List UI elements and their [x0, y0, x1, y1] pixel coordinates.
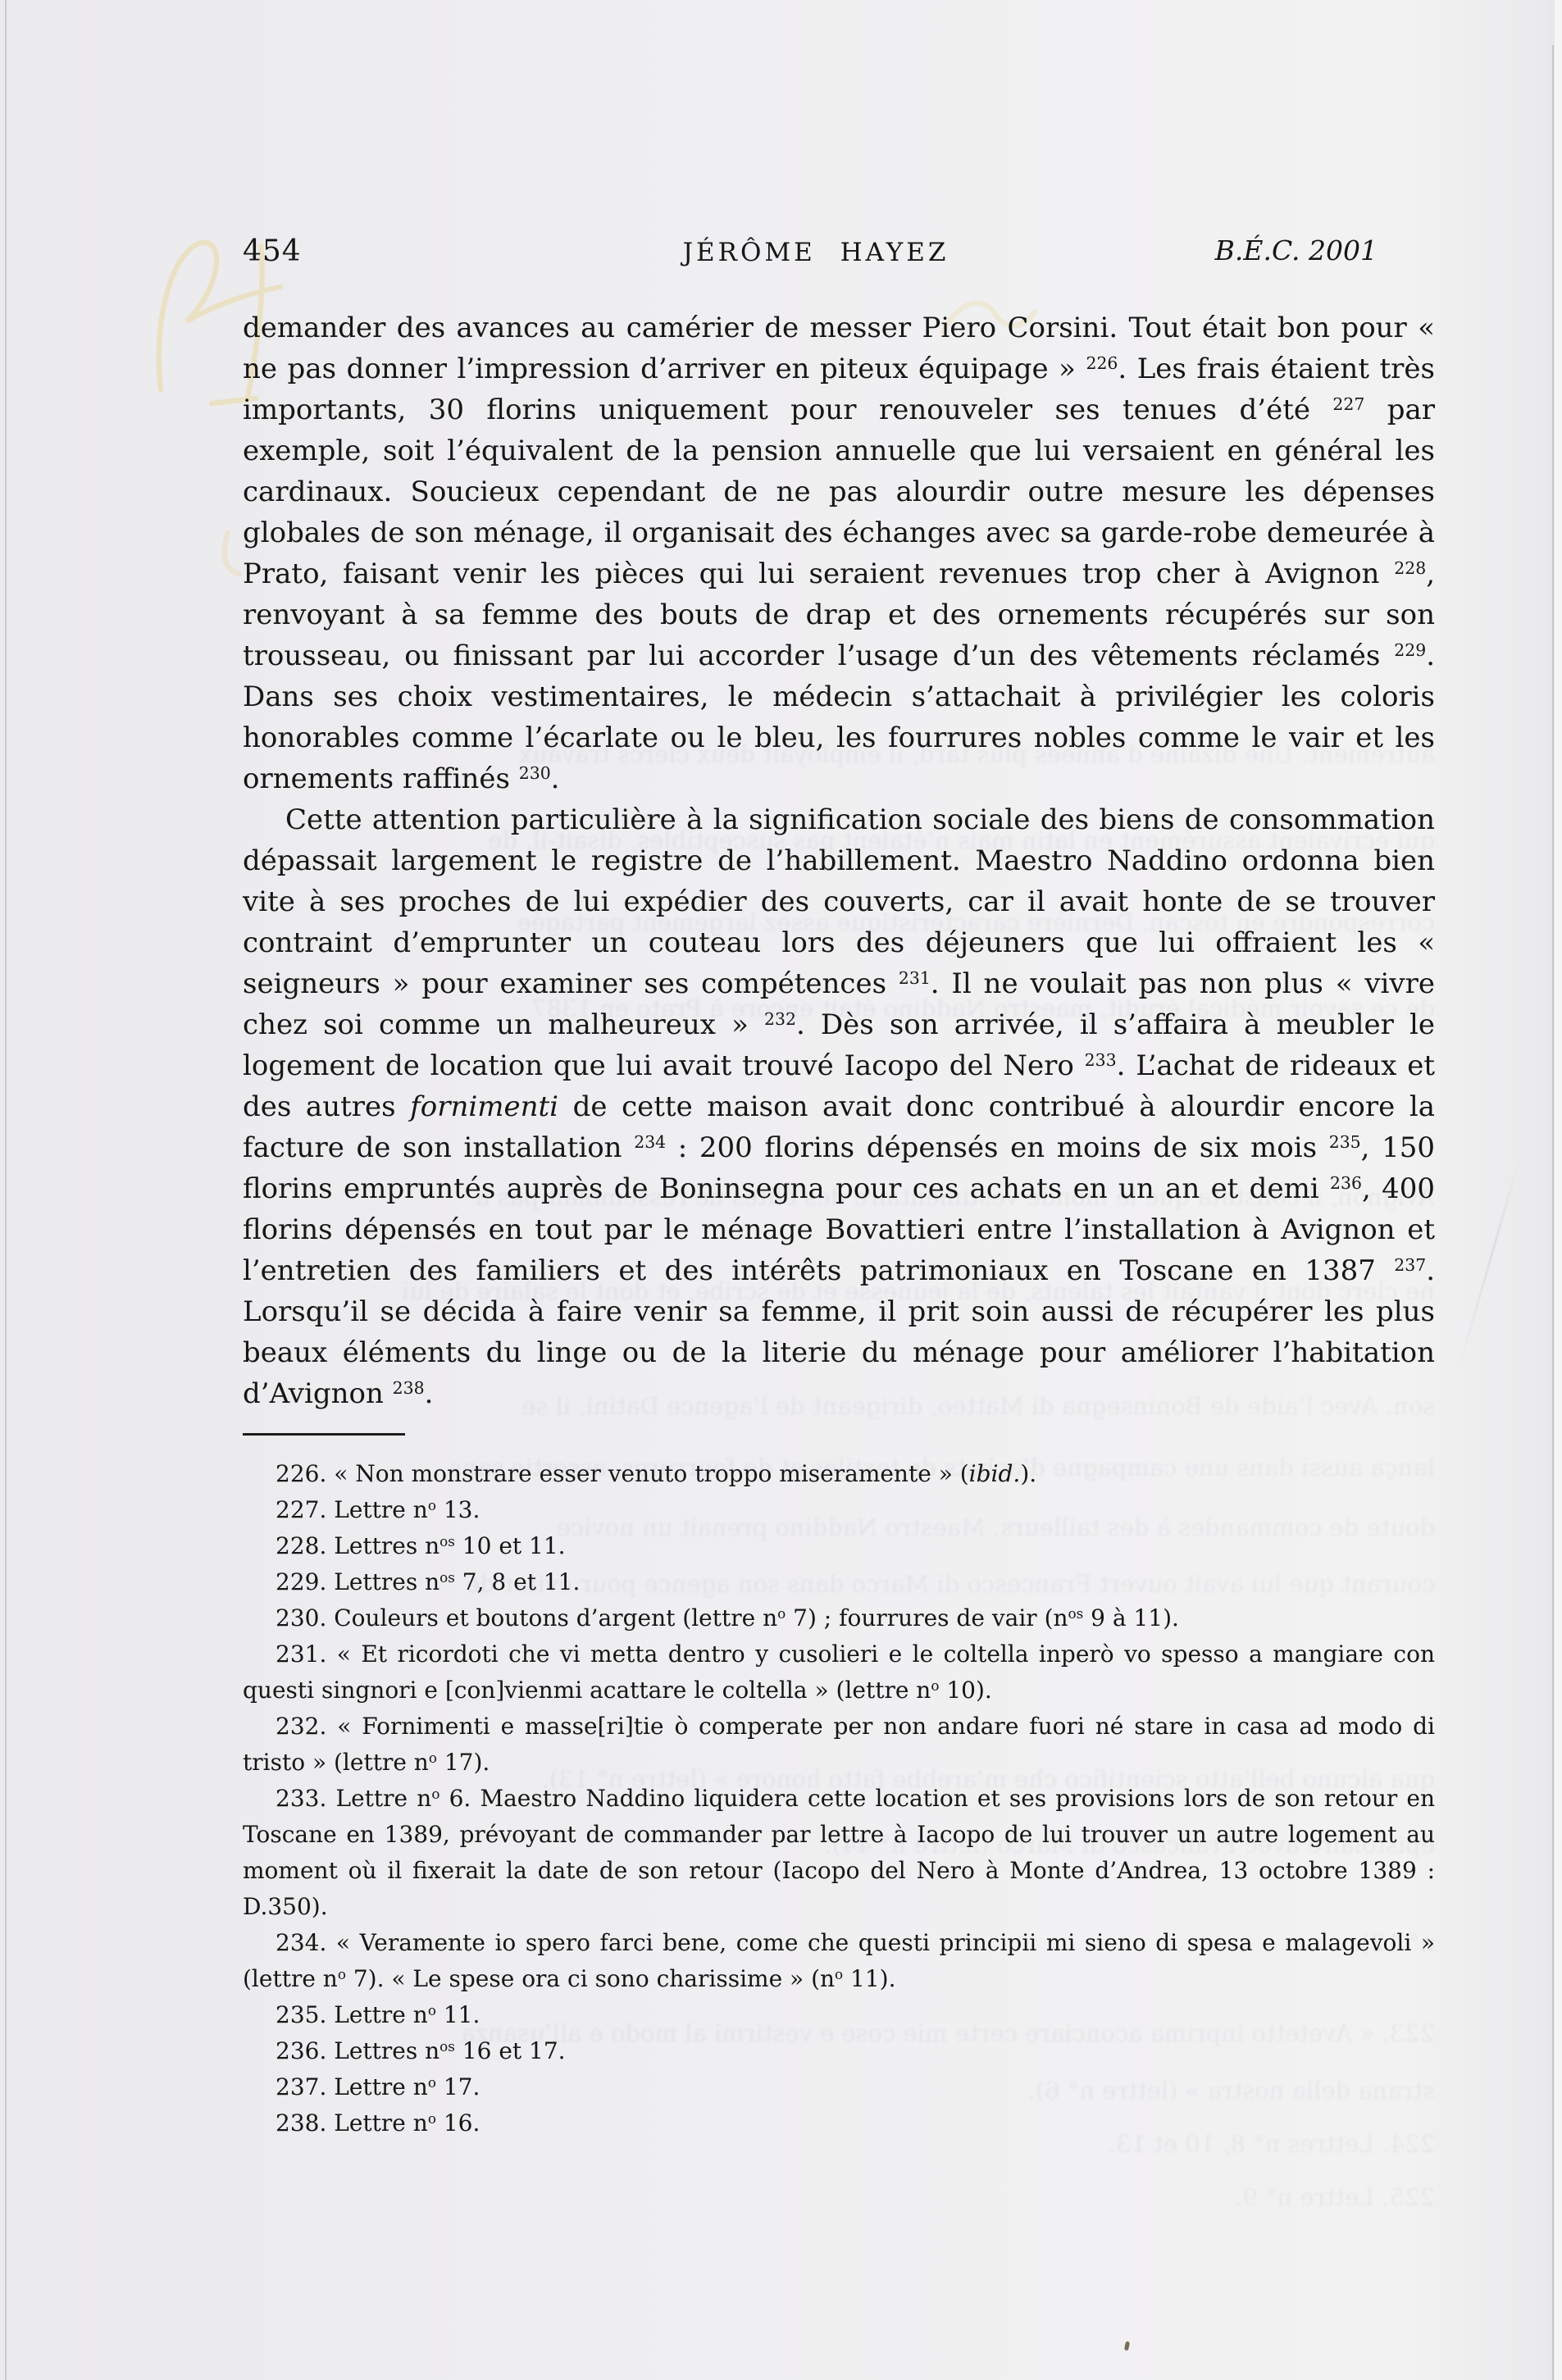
footnote-238: 238. Lettre no 16.	[243, 2105, 1435, 2141]
text-segment: 228. Lettres n	[276, 1532, 439, 1559]
footnote-ref: 238	[393, 1378, 425, 1398]
text-segment: 10 et 11.	[455, 1532, 566, 1559]
text-segment: 230. Couleurs et boutons d’argent (lettr…	[276, 1604, 777, 1631]
footnote-ref: 228	[1394, 558, 1426, 578]
footnote-ref: o	[428, 2074, 436, 2091]
footnote-ref: 237	[1394, 1255, 1426, 1275]
footnote-ref: o	[338, 1966, 346, 1982]
scan-edge-left	[5, 0, 7, 2380]
text-segment: 226. « Non monstrare esser venuto troppo…	[276, 1460, 969, 1487]
text-segment: 17).	[437, 1749, 490, 1776]
text-segment: 7, 8 et 11.	[455, 1568, 580, 1595]
running-title: JÉRÔME HAYEZ	[683, 238, 949, 267]
footnote-230: 230. Couleurs et boutons d’argent (lettr…	[243, 1600, 1435, 1636]
footnote-229: 229. Lettres nos 7, 8 et 11.	[243, 1564, 1435, 1600]
footnote-237: 237. Lettre no 17.	[243, 2069, 1435, 2105]
text-segment: .	[551, 762, 560, 795]
pencil-stroke	[225, 533, 239, 574]
text-segment: 16 et 17.	[455, 2037, 566, 2064]
footnote-227: 227. Lettre no 13.	[243, 1492, 1435, 1528]
page-header: 454 JÉRÔME HAYEZ B.É.C. 2001	[243, 234, 1435, 277]
footnote-228: 228. Lettres nos 10 et 11.	[243, 1528, 1435, 1564]
footnote-ref: o	[431, 1786, 439, 1802]
text-segment: 235. Lettre n	[276, 2001, 428, 2028]
footnote-ref: o	[777, 1605, 786, 1622]
footnote-234: 234. « Veramente io spero farci bene, co…	[243, 1925, 1435, 1997]
text-segment: 11).	[843, 1965, 895, 1992]
italic-text: fornimenti	[410, 1090, 558, 1123]
footnote-ref: o	[428, 1497, 436, 1513]
text-segment: 7). « Le spese ora ci sono charissime » …	[346, 1965, 835, 1992]
footnote-ref: 232	[764, 1009, 796, 1029]
text-segment: 232. « Fornimenti e masse[ri]tie ò compe…	[243, 1713, 1435, 1776]
footnote-233: 233. Lettre no 6. Maestro Naddino liquid…	[243, 1781, 1435, 1925]
scan-edge-margin	[1555, 0, 1562, 2380]
text-segment: 238. Lettre n	[276, 2109, 428, 2137]
footnote-separator-rule	[243, 1433, 405, 1436]
footnote-ref: 234	[634, 1132, 666, 1152]
text-segment: : 200 florins dépensés en moins de six m…	[666, 1131, 1329, 1164]
text-segment: 229. Lettres n	[276, 1568, 439, 1595]
footnote-ref: o	[835, 1966, 843, 1982]
body-paragraph: demander des avances au camérier de mess…	[243, 307, 1435, 799]
text-segment: 231. « Et ricordoti che vi metta dentro …	[243, 1641, 1435, 1704]
text-segment: 16.	[436, 2109, 480, 2137]
footnote-ref: os	[439, 2038, 455, 2055]
footnote-ref: 235	[1329, 1132, 1361, 1152]
footnote-ref: 231	[899, 968, 931, 988]
text-segment: 17.	[436, 2073, 480, 2100]
text-segment: ).	[1020, 1460, 1036, 1487]
text-segment: 236. Lettres n	[276, 2037, 439, 2064]
journal-reference: B.É.C. 2001	[1215, 234, 1378, 266]
text-segment: .	[425, 1377, 434, 1410]
footnote-226: 226. « Non monstrare esser venuto troppo…	[243, 1456, 1435, 1492]
footnote-235: 235. Lettre no 11.	[243, 1997, 1435, 2033]
text-segment: 7) ; fourrures de vair (n	[786, 1604, 1068, 1631]
text-segment: 11.	[436, 2001, 480, 2028]
footnote-ref: os	[439, 1569, 455, 1586]
text-segment: 13.	[436, 1496, 480, 1523]
footnote-ref: 230	[519, 763, 551, 783]
footnote-ref: o	[428, 2002, 436, 2018]
italic-text: ibid.	[969, 1460, 1021, 1487]
body-text-block: demander des avances au camérier de mess…	[243, 307, 1435, 1414]
footnote-ref: o	[429, 1750, 437, 1766]
text-segment: 10).	[939, 1677, 991, 1704]
body-paragraph: Cette attention particulière à la signif…	[243, 799, 1435, 1414]
footnote-ref: 236	[1330, 1173, 1362, 1193]
footnote-ref: os	[1068, 1605, 1084, 1622]
text-segment: 9 à 11).	[1083, 1604, 1179, 1631]
footnote-ref: os	[439, 1533, 455, 1550]
footnote-232: 232. « Fornimenti e masse[ri]tie ò compe…	[243, 1709, 1435, 1781]
footnote-ref: 229	[1394, 640, 1426, 660]
footnote-ref: o	[931, 1677, 939, 1694]
text-segment: 227. Lettre n	[276, 1496, 428, 1523]
footnote-236: 236. Lettres nos 16 et 17.	[243, 2033, 1435, 2069]
page-number: 454	[243, 234, 302, 268]
text-segment: 237. Lettre n	[276, 2073, 428, 2100]
footnote-ref: o	[428, 2110, 436, 2127]
scanned-page: autrement. Une dizaine d’années plus tar…	[0, 0, 1562, 2380]
footnote-231: 231. « Et ricordoti che vi metta dentro …	[243, 1636, 1435, 1709]
footnotes-list: 226. « Non monstrare esser venuto troppo…	[243, 1456, 1435, 2141]
scan-edge-right	[1552, 45, 1554, 2380]
footnote-ref: 226	[1086, 353, 1118, 373]
text-segment: 233. Lettre n	[276, 1785, 431, 1812]
footnote-ref: 233	[1085, 1050, 1117, 1070]
footnote-ref: 227	[1332, 394, 1364, 414]
